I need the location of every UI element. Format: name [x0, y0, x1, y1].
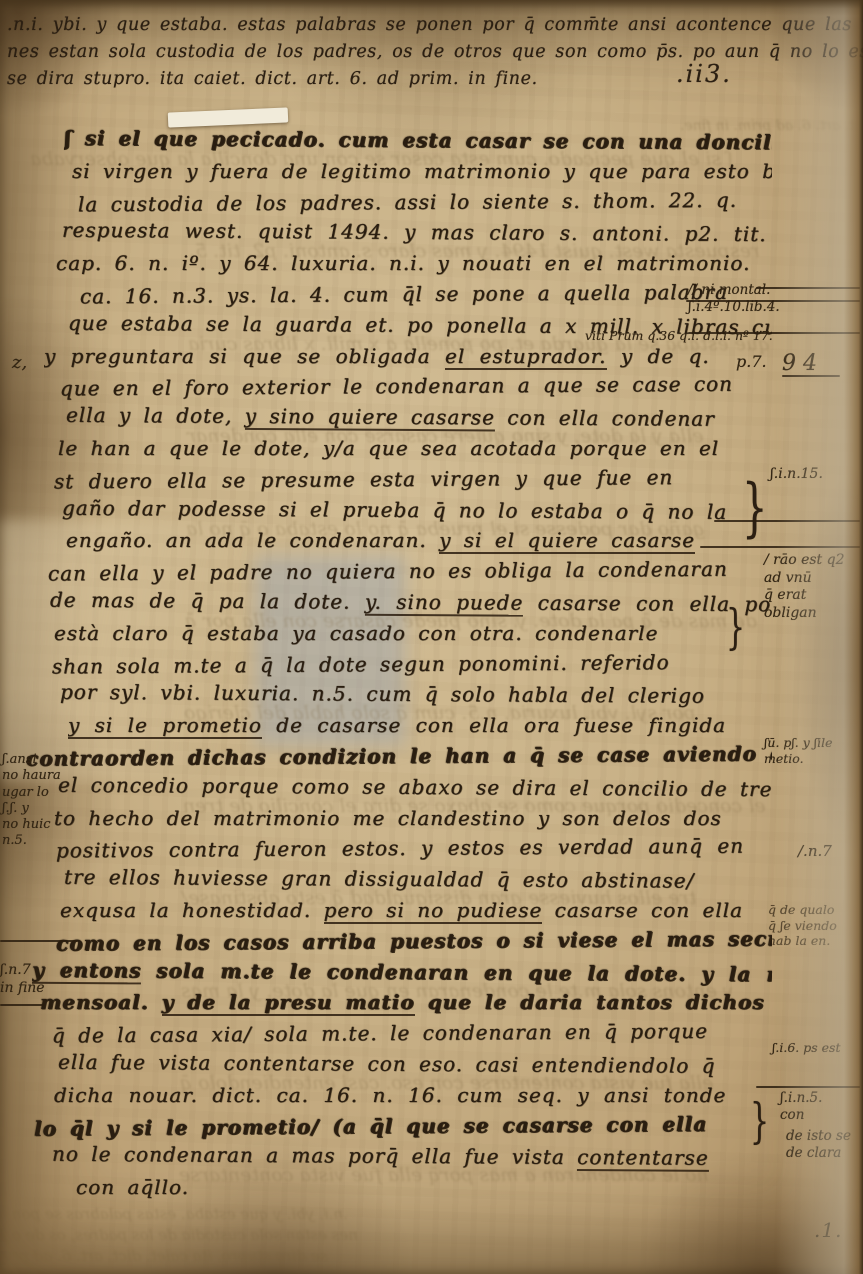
text-phrase: ʃ si el que pecicado. cum esta casar se … — [64, 126, 772, 156]
text-phrase: y de q. — [607, 344, 710, 368]
margin-note-right: ʃ.i.6. ps est — [772, 1040, 840, 1056]
text-phrase: que le daria tantos dichos — [415, 990, 765, 1014]
brace-mark: } — [726, 598, 745, 658]
manuscript-line: can ella y el padre no quiera no es obli… — [48, 557, 772, 593]
ink-rule — [782, 375, 840, 377]
text-phrase: està claro q̄ estaba ya casado con otra.… — [54, 621, 658, 645]
text-phrase: si virgen y fuera de legitimo matrimonio… — [72, 159, 772, 183]
underlined-phrase: y sino quiere casarse — [245, 404, 495, 432]
text-phrase: positivos contra fueron estos. y estos e… — [56, 834, 744, 863]
manuscript-line: to hecho del matrimonio me clandestino y… — [54, 806, 772, 837]
margin-note-left: ʃ.ansino hauraugar loʃ.ʃ. yno huicn.5. — [2, 752, 61, 850]
text-phrase: ella fue vista contentarse con eso. casi… — [58, 1050, 716, 1078]
manuscript-line: de mas de q̄ pa la dote. y. sino puede c… — [50, 588, 772, 623]
text-phrase: de mas de q̄ pa la dote. — [50, 588, 365, 614]
margin-note-left: z, — [12, 352, 27, 375]
margin-note-right: ʃ.i.n.15. — [770, 466, 823, 484]
text-phrase: exqusa la honestidad. — [60, 898, 324, 922]
manuscript-line: y preguntara si que se obligada el estup… — [44, 344, 772, 375]
foliation-mark: .1. — [814, 1218, 842, 1242]
margin-note-right: p.7. — [736, 352, 767, 372]
underlined-phrase: y entons — [32, 957, 141, 984]
text-phrase: casarse con ella — [542, 898, 743, 922]
manuscript-line: ca. 16. n.3. ys. la. 4. cum q̄l se pone … — [80, 280, 772, 316]
margin-note-right: q̄ de qualoq̄ ʃe viendohab la en. — [768, 902, 837, 949]
margin-note-right: /.n.7 — [798, 842, 832, 861]
text-phrase: con ella condenar — [495, 406, 715, 431]
margin-note-right: ʃ.i.n.5.con — [780, 1090, 822, 1124]
text-phrase: le han a que le dote, y/a que sea acotad… — [58, 436, 719, 460]
ink-rule — [756, 287, 860, 289]
manuscript-page: ʃ si el que pecicado. cum esta casar se … — [0, 0, 863, 1274]
margin-note-right: viti Prum q.36 q.i. d.l.i. nº 17. — [585, 328, 773, 344]
manuscript-line: ella fue vista contentarse con eso. casi… — [58, 1050, 772, 1085]
underlined-phrase: y si le prometio — [68, 713, 262, 739]
text-phrase: y preguntara si que se obligada — [44, 344, 445, 368]
manuscript-line: como en los casos arriba puestos o si vi… — [56, 926, 772, 962]
text-phrase: ella y la dote, — [66, 403, 245, 428]
manuscript-line: y si le prometio de casarse con ella ora… — [68, 713, 772, 744]
manuscript-line: por syl. vbi. luxuria. n.5. cum q̄ solo … — [60, 680, 772, 715]
text-phrase: el concedio porque como se abaxo se dira… — [58, 773, 772, 801]
text-phrase: engaño. an ada le condenaran. — [66, 528, 439, 552]
text-phrase: dicha nouar. dict. ca. 16. n. 16. cum se… — [54, 1083, 726, 1107]
text-phrase: contraorden dichas condizion le han a q̄… — [26, 741, 772, 770]
text-phrase: shan sola m.te a q̄ la dote segun ponomi… — [52, 650, 670, 678]
text-phrase: tre ellos huviesse gran dissigualdad q̄ … — [64, 865, 695, 893]
paper-sliver — [168, 107, 289, 127]
margin-note-right: 9 4 — [782, 350, 817, 378]
manuscript-line: el concedio porque como se abaxo se dira… — [58, 773, 772, 808]
manuscript-line: gaño dar podesse si el prueba q̄ no lo e… — [62, 495, 772, 530]
manuscript-line: st duero ella se presume esta virgen y q… — [54, 464, 772, 500]
manuscript-line: con aq̄llo. — [76, 1175, 772, 1206]
underlined-phrase: contentarse — [577, 1145, 709, 1172]
underlined-phrase: el estuprador. — [445, 344, 606, 370]
margin-note-right: ʃū. pʃ. y ʃilemetio. — [764, 735, 833, 766]
ink-rule — [714, 520, 860, 522]
main-text: ʃ si el que pecicado. cum esta casar se … — [50, 128, 772, 1206]
manuscript-line: exqusa la honestidad. pero si no pudiese… — [60, 898, 772, 929]
margin-note-right: de isto sede clara — [786, 1128, 851, 1162]
manuscript-line: si virgen y fuera de legitimo matrimonio… — [72, 159, 772, 190]
manuscript-line: q̄ de la casa xia/ sola m.te. le condena… — [52, 1019, 772, 1055]
manuscript-line: que en el foro exterior le condenaran a … — [60, 372, 772, 408]
text-phrase: q̄ de la casa xia/ sola m.te. le condena… — [52, 1019, 708, 1048]
text-phrase: la custodia de los padres. assi lo sient… — [78, 187, 737, 216]
page-number: .ii3. — [676, 60, 732, 88]
manuscript-line: ʃ si el que pecicado. cum esta casar se … — [64, 126, 772, 161]
manuscript-line: cap. 6. n. iº. y 64. luxuria. n.i. y nou… — [56, 251, 772, 282]
manuscript-line: mensoal. y de la presu matio que le dari… — [40, 990, 772, 1021]
manuscript-line: ella y la dote, y sino quiere casarse co… — [66, 403, 772, 438]
text-phrase: sola m.te le condenaran en que la dote. … — [141, 958, 772, 986]
text-phrase: ca. 16. n.3. ys. la. 4. cum q̄l se pone … — [80, 280, 728, 309]
header-note-line: .n.i. ybi. y que estaba. estas palabras … — [7, 12, 855, 39]
text-phrase: respuesta west. quist 1494. y mas claro … — [62, 218, 772, 247]
text-phrase: como en los casos arriba puestos o si vi… — [56, 926, 772, 955]
text-phrase: st duero ella se presume esta virgen y q… — [54, 465, 673, 493]
bleed-through-text: .n.i. ybi. y que estaba. estas palabras … — [12, 1205, 348, 1223]
text-phrase: de casarse con ella ora fuese fingida — [262, 713, 726, 737]
page-right-edge — [776, 0, 863, 1274]
text-phrase: cap. 6. n. iº. y 64. luxuria. n.i. y nou… — [56, 251, 750, 275]
text-phrase: mensoal. — [40, 990, 162, 1014]
underlined-phrase: y de la presu matio — [162, 990, 415, 1016]
bleed-through-text: se dira stupro. ita caiet. dict. art. 6.… — [12, 1247, 327, 1265]
text-phrase: gaño dar podesse si el prueba q̄ no lo e… — [62, 495, 727, 523]
ink-rule — [700, 546, 860, 548]
margin-note-right: / rāo est q2ad vnūq̄ eratobligan — [764, 552, 845, 622]
underlined-phrase: y si el quiere casarse — [439, 528, 695, 554]
text-phrase: que en el foro exterior le condenaran a … — [60, 372, 733, 401]
text-phrase: por syl. vbi. luxuria. n.5. cum q̄ solo … — [60, 680, 705, 708]
underlined-phrase: y. sino puede — [365, 590, 524, 617]
manuscript-line: tre ellos huviesse gran dissigualdad q̄ … — [64, 865, 772, 900]
text-phrase: to hecho del matrimonio me clandestino y… — [54, 806, 722, 830]
margin-note-left: ʃ.n.7in fine — [0, 962, 45, 997]
underlined-phrase: pero si no pudiese — [324, 898, 543, 924]
manuscript-line: le han a que le dote, y/a que sea acotad… — [58, 436, 772, 467]
text-phrase: con aq̄llo. — [76, 1175, 189, 1199]
text-phrase: lo q̄l y si le prometio/ (a q̄l que se c… — [34, 1111, 707, 1140]
ink-rule — [0, 1004, 44, 1006]
manuscript-line: engaño. an ada le condenaran. y si el qu… — [66, 528, 772, 559]
brace-mark: } — [750, 1092, 769, 1152]
manuscript-line: la custodia de los padres. assi lo sient… — [78, 187, 772, 223]
manuscript-line: y entons sola m.te le condenaran en que … — [32, 957, 772, 992]
ink-rule — [686, 300, 860, 302]
ink-rule — [688, 332, 860, 334]
manuscript-line: dicha nouar. dict. ca. 16. n. 16. cum se… — [54, 1083, 772, 1114]
ink-rule — [756, 1086, 860, 1088]
manuscript-line: positivos contra fueron estos. y estos e… — [56, 834, 772, 870]
manuscript-line: no le condenaran a mas porq̄ ella fue vi… — [52, 1142, 772, 1177]
manuscript-line: està claro q̄ estaba ya casado con otra.… — [54, 621, 772, 652]
brace-mark: } — [742, 468, 767, 548]
ink-rule — [0, 940, 78, 942]
manuscript-line: respuesta west. quist 1494. y mas claro … — [62, 218, 772, 253]
text-phrase: can ella y el padre no quiera no es obli… — [48, 557, 728, 586]
bleed-through-text: nes estan sola custodia de los padres, o… — [12, 1226, 358, 1244]
text-phrase: no le condenaran a mas porq̄ ella fue vi… — [52, 1142, 577, 1169]
manuscript-line: contraorden dichas condizion le han a q̄… — [26, 741, 772, 777]
